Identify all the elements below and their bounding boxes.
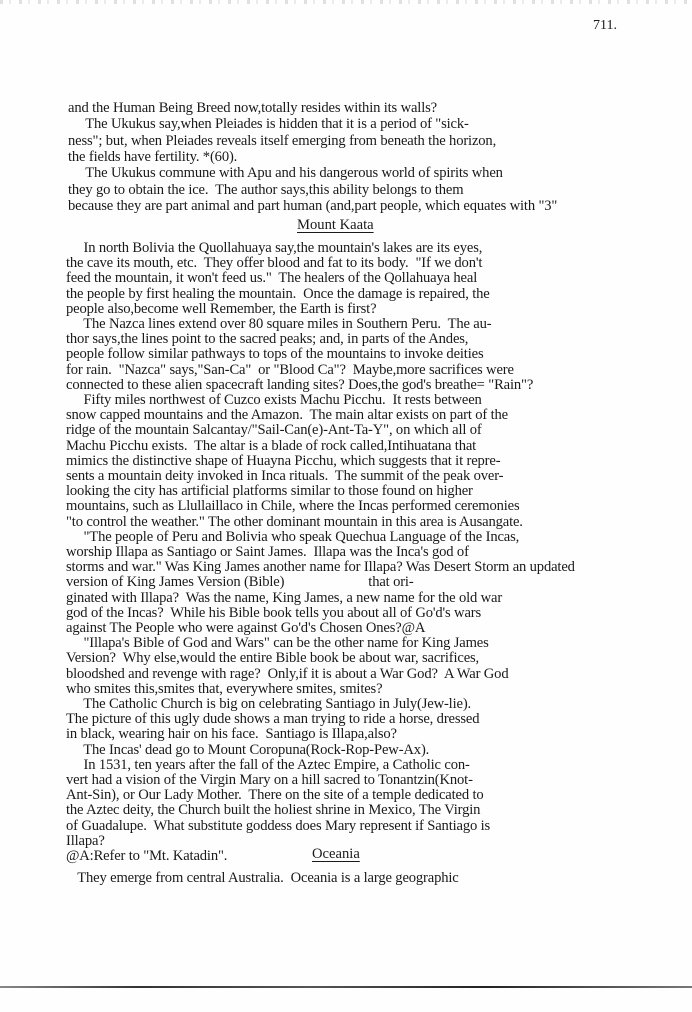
page-bottom-rule [0,986,692,988]
section1.lines-line: people follow similar pathways to tops o… [66,346,483,362]
section1.lines-line: mimics the distinctive shape of Huayna P… [66,453,500,469]
section1.lines-line: Fifty miles northwest of Cuzco exists Ma… [66,392,482,408]
scan-artifact-top-edge [0,0,692,4]
section1.lines-line: Machu Picchu exists. The altar is a blad… [66,438,476,454]
section-heading-oceania: Oceania [312,846,360,863]
section1.lines-line: "Illapa's Bible of God and Wars" can be … [66,635,489,651]
section1.lines-line: the cave its mouth, etc. They offer bloo… [66,255,482,271]
section1.lines-line: against The People who were against Go'd… [66,620,425,636]
section1.lines-line: of Guadalupe. What substitute goddess do… [66,818,490,834]
section1.lines-line: The Nazca lines extend over 80 square mi… [66,316,492,332]
section1.lines-line: "The people of Peru and Bolivia who spea… [66,529,519,545]
lines-line: because they are part animal and part hu… [68,198,557,214]
lines-line: The Ukukus say,when Pleiades is hidden t… [68,116,469,132]
section-heading-mount-kaata: Mount Kaata [297,217,374,234]
section1.lines-line: version of King James Version (Bible) th… [66,574,414,590]
section1.lines-line: ridge of the mountain Salcantay/"Sail-Ca… [66,422,482,438]
section1.lines-line: The Catholic Church is big on celebratin… [66,696,471,712]
section1.lines-line: bloodshed and revenge with rage? Only,if… [66,666,508,682]
section1.lines-line: vert had a vision of the Virgin Mary on … [66,772,473,788]
section1.lines-line: people also,become well Remember, the Ea… [66,301,376,317]
section1.lines-line: The Incas' dead go to Mount Coropuna(Roc… [66,742,429,758]
section1.lines-line: god of the Incas? While his Bible book t… [66,605,481,621]
lines-line: and the Human Being Breed now,totally re… [68,100,437,116]
section1.lines-line: mountains, such as Llullaillaco in Chile… [66,498,520,514]
section1.lines-line: In 1531, ten years after the fall of the… [66,757,470,773]
section1.lines-line: connected to these alien spacecraft land… [66,377,533,393]
section1.lines-line: Illapa? [66,833,105,849]
section1.lines-line: worship Illapa as Santiago or Saint Jame… [66,544,469,560]
section1.lines-line: thor says,the lines point to the sacred … [66,331,468,347]
section1.lines-line: the people by first healing the mountain… [66,286,490,302]
page-number: 711. [593,18,617,34]
section1.lines-line: sents a mountain deity invoked in Inca r… [66,468,503,484]
section1.lines-line: feed the mountain, it won't feed us." Th… [66,270,477,286]
section1.lines-line: in black, wearing hair on his face. Sant… [66,726,397,742]
lines-line: The Ukukus commune with Apu and his dang… [68,165,503,181]
section1.lines-line: the Aztec deity, the Church built the ho… [66,802,480,818]
section1.lines-line: for rain. "Nazca" says,"San-Ca" or "Bloo… [66,362,514,378]
lines-line: ness"; but, when Pleiades reveals itself… [68,133,496,149]
section1.lines-line: "to control the weather." The other domi… [66,514,523,530]
section1.lines-line: storms and war." Was King James another … [66,559,575,575]
section1.lines-line: The picture of this ugly dude shows a ma… [66,711,479,727]
section1.lines-line: Ant-Sin), or Our Lady Mother. There on t… [66,787,484,803]
section1.lines-line: looking the city has artificial platform… [66,483,473,499]
section1.lines-line: snow capped mountains and the Amazon. Th… [66,407,508,423]
section1.lines-line: Version? Why else,would the entire Bible… [66,650,479,666]
document-page: 711. and the Human Being Breed now,total… [0,0,692,1012]
section2.lines-line: They emerge from central Australia. Ocea… [60,870,459,886]
section1.lines-line: In north Bolivia the Quollahuaya say,the… [66,240,482,256]
section1.lines-line: ginated with Illapa? Was the name, King … [66,590,502,606]
section1.lines-line: who smites this,smites that, everywhere … [66,681,382,697]
lines-line: the fields have fertility. *(60). [68,149,237,165]
section1.lines-line: @A:Refer to "Mt. Katadin". [66,848,227,864]
lines-line: they go to obtain the ice. The author sa… [68,182,463,198]
